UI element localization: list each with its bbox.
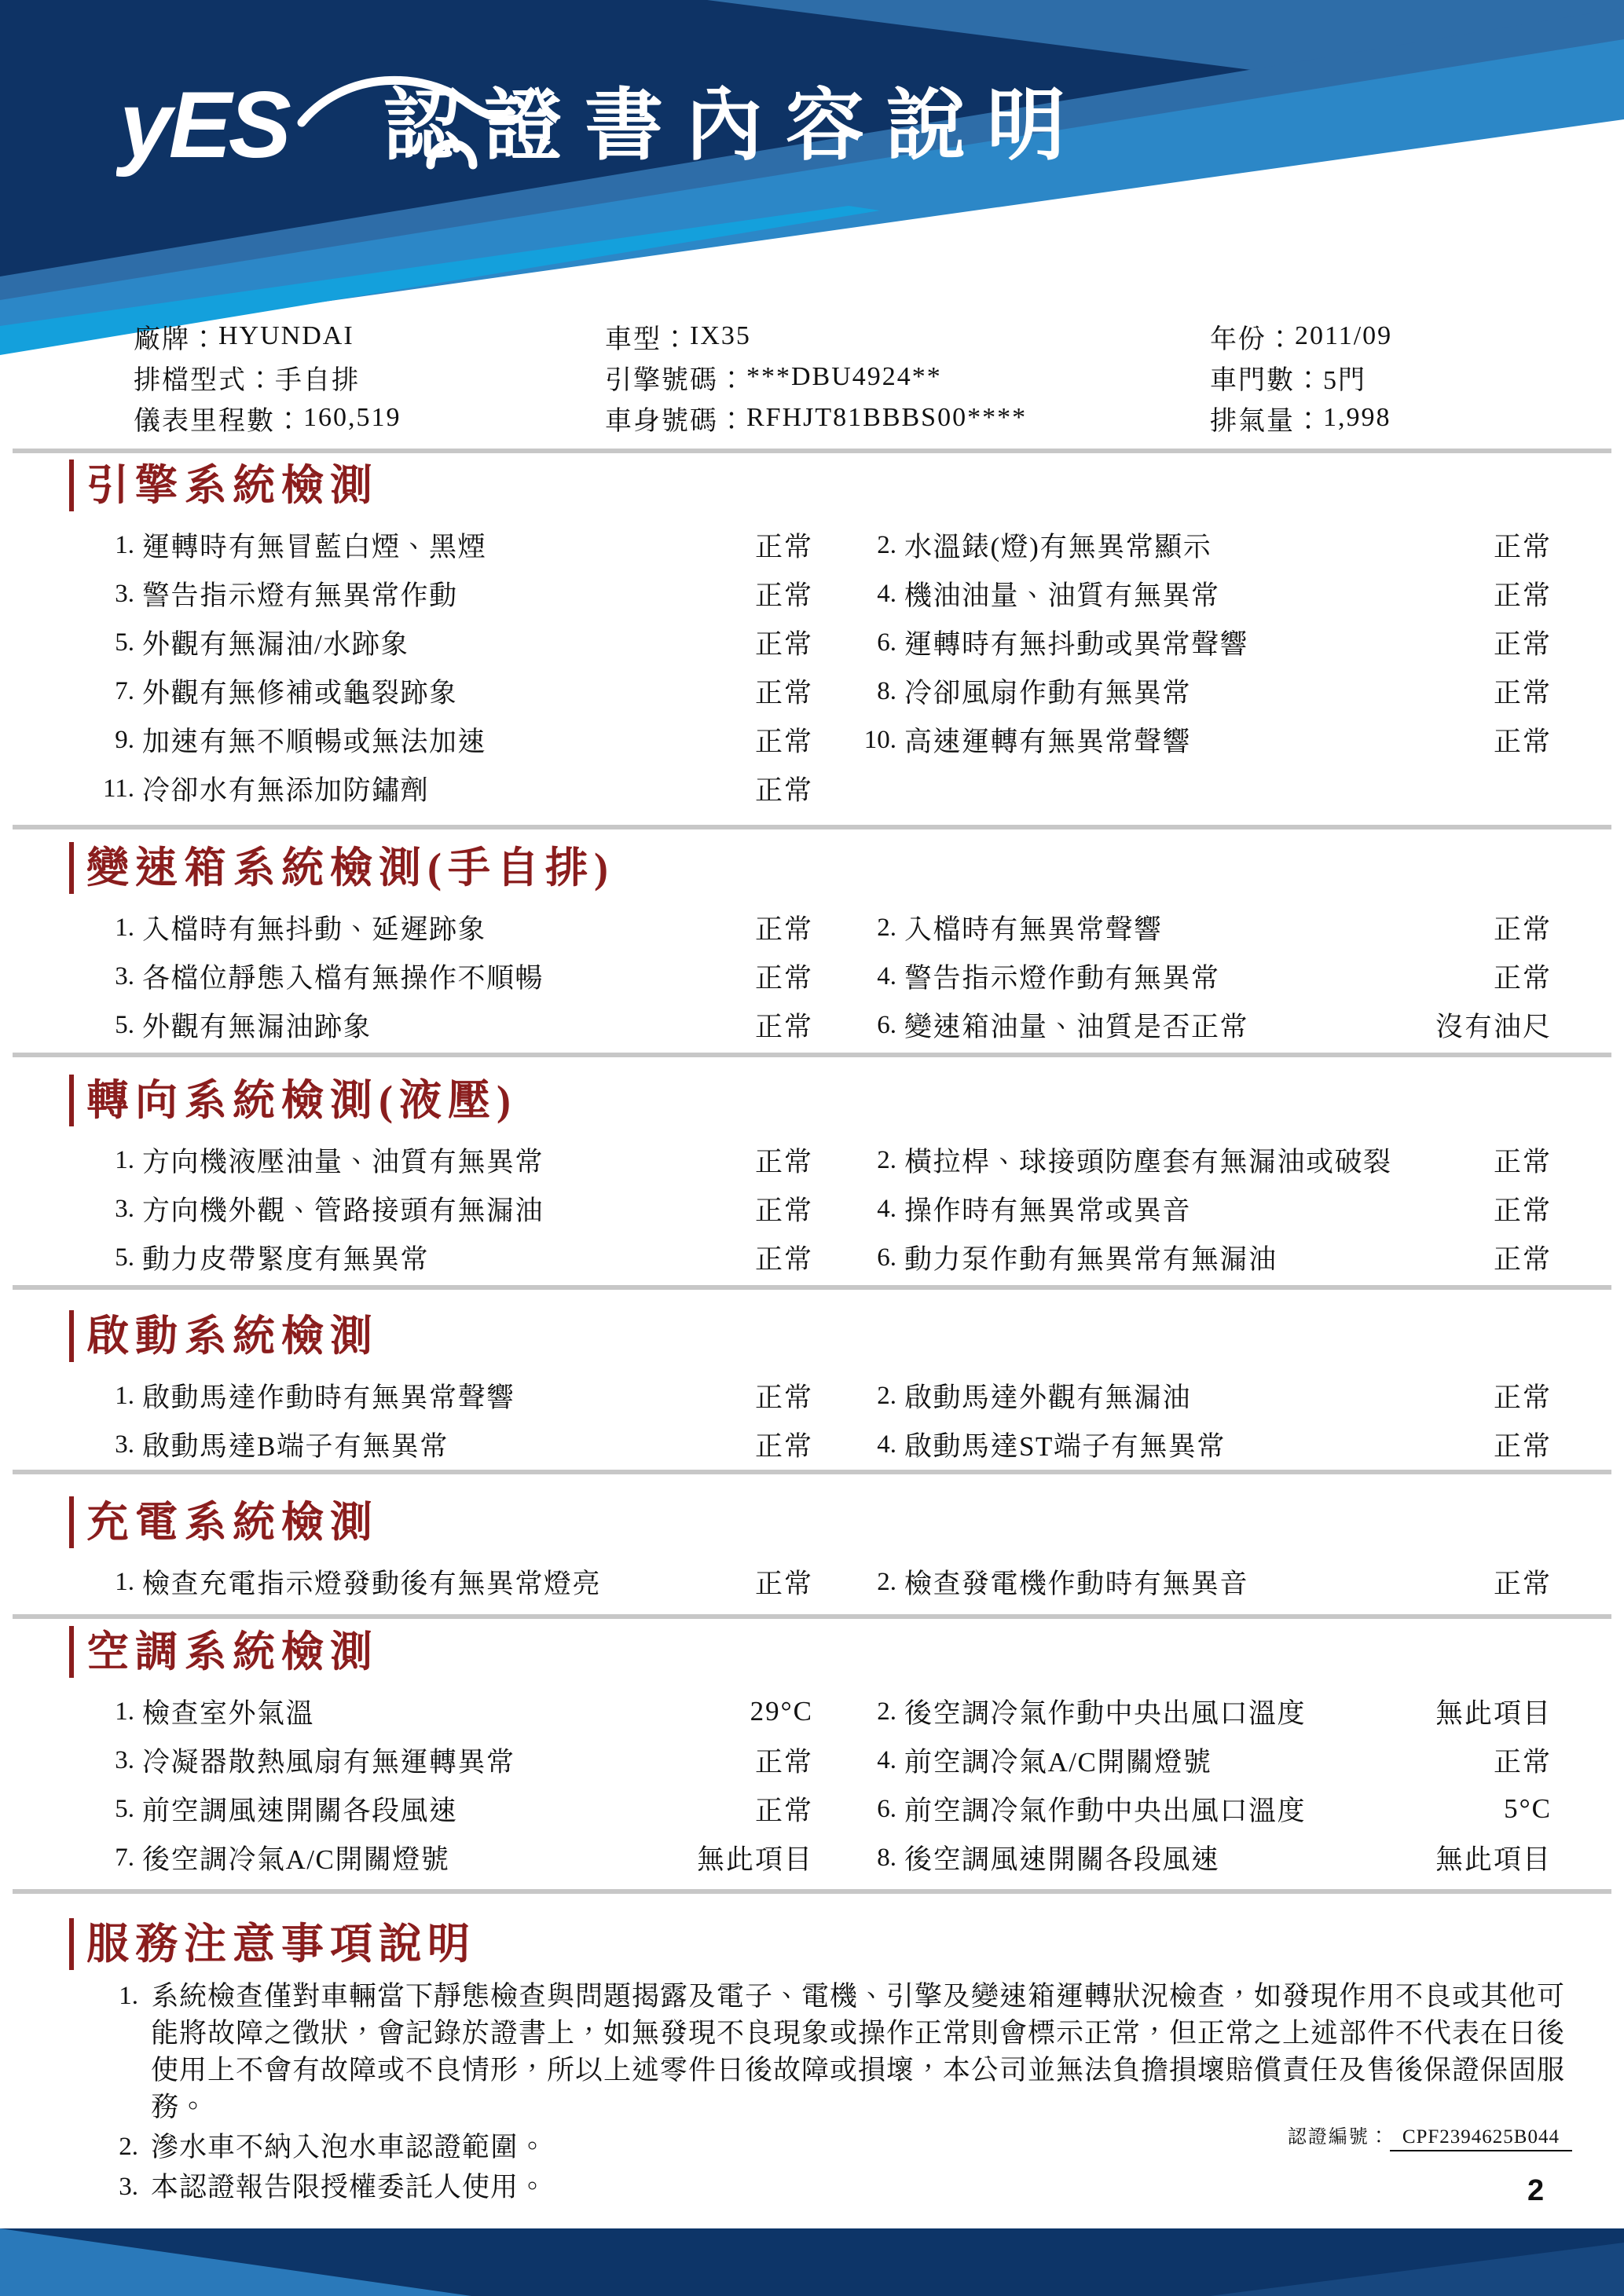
inspection-item: 5.外觀有無漏油跡象正常 [90,1001,813,1049]
item-status: 正常 [755,1425,813,1464]
inspection-item: 3.方向機外觀、管路接頭有無漏油正常 [90,1185,813,1233]
info-label: 車身號碼： [605,399,746,438]
section-title: 服務注意事項說明 [69,1918,476,1970]
item-text: 檢查充電指示燈發動後有無異常燈亮 [142,1562,601,1602]
page-number: 2 [1527,2174,1544,2208]
item-number: 4. [852,580,896,609]
inspection-item: 6.動力泵作動有無異常有無漏油正常 [852,1233,1552,1282]
section-title: 轉向系統檢測(液壓) [69,1075,517,1126]
section-title: 空調系統檢測 [69,1626,379,1678]
certificate-page: yES 認證書內容說明 廠牌：HYUNDAI 排檔型式：手自排 儀表里程數：16… [0,0,1624,2296]
item-status: 正常 [755,769,813,808]
item-status: 正常 [755,1741,813,1780]
inspection-item: 4.機油油量、油質有無異常正常 [852,569,1552,618]
info-row-gearbox-type: 排檔型式：手自排 [134,357,605,397]
note-text: 本認證報告限授權委託人使用。 [151,2169,547,2206]
inspection-item: 7.後空調冷氣A/C開關燈號無此項目 [90,1833,813,1882]
info-row-doors: 車門數：5門 [1210,357,1624,397]
inspection-item: 5.外觀有無漏油/水跡象正常 [90,618,813,667]
item-text: 啟動馬達B端子有無異常 [142,1425,449,1464]
item-status: 正常 [1494,1741,1552,1780]
header-banner: yES 認證書內容說明 [0,0,1624,357]
inspection-item: 2.檢查發電機作動時有無異音正常 [852,1558,1552,1606]
item-text: 動力泵作動有無異常有無漏油 [904,1238,1278,1277]
divider [13,1889,1611,1894]
item-status: 正常 [1494,623,1552,662]
inspection-item: 3.冷凝器散熱風扇有無運轉異常正常 [90,1736,813,1785]
item-status: 正常 [1494,1141,1552,1180]
inspection-item: 6.變速箱油量、油質是否正常沒有油尺 [852,1001,1552,1049]
section-service-notes: 服務注意事項說明 1.系統檢查僅對車輛當下靜態檢查與問題揭露及電子、電機、引擎及… [0,1918,1624,2206]
item-text: 入檔時有無異常聲響 [904,908,1163,947]
info-value: 5門 [1323,358,1366,397]
info-label: 車型： [605,317,690,356]
item-status: 正常 [755,957,813,996]
item-number: 9. [90,726,134,755]
item-number: 8. [852,677,896,706]
item-status: 29°C [750,1696,813,1727]
inspection-item: 4.啟動馬達ST端子有無異常正常 [852,1420,1552,1469]
item-status: 沒有油尺 [1435,1005,1552,1045]
info-row-model: 車型：IX35 [605,316,1210,357]
section-title: 充電系統檢測 [69,1496,379,1548]
inspection-item: 11.冷卻水有無添加防鏽劑正常 [90,764,813,813]
item-text: 冷卻風扇作動有無異常 [904,672,1191,711]
item-number: 2. [852,914,896,943]
item-text: 檢查室外氣溫 [142,1692,314,1731]
item-status: 無此項目 [1435,1838,1552,1877]
item-number: 1. [90,914,134,943]
info-label: 排檔型式： [134,358,275,397]
item-status: 正常 [755,720,813,760]
item-text: 前空調風速開關各段風速 [142,1789,458,1829]
item-number: 3. [90,1195,134,1224]
item-status: 正常 [1494,957,1552,996]
item-text: 啟動馬達外觀有無漏油 [904,1376,1191,1415]
inspection-item: 4.警告指示燈作動有無異常正常 [852,952,1552,1001]
item-number: 5. [90,1243,134,1273]
info-row-vin: 車身號碼：RFHJT81BBBS00**** [605,397,1210,438]
item-text: 後空調冷氣A/C開關燈號 [142,1838,449,1877]
divider [13,449,1611,453]
info-value: 1,998 [1323,403,1391,433]
info-value: RFHJT81BBBS00**** [746,403,1027,433]
item-number: 7. [90,1844,134,1873]
item-status: 無此項目 [1435,1692,1552,1731]
certificate-number-label: 認證編號： [1288,2127,1390,2148]
info-row-brand: 廠牌：HYUNDAI [134,316,605,357]
inspection-item: 1.入檔時有無抖動、延遲跡象正常 [90,903,813,952]
item-text: 檢查發電機作動時有無異音 [904,1562,1248,1602]
item-number: 6. [852,1243,896,1273]
inspection-item: 8.後空調風速開關各段風速無此項目 [852,1833,1552,1882]
inspection-item: 5.動力皮帶緊度有無異常正常 [90,1233,813,1282]
section-items: 1.入檔時有無抖動、延遲跡象正常 2.入檔時有無異常聲響正常 3.各檔位靜態入檔… [0,903,1624,1049]
item-text: 變速箱油量、油質是否正常 [904,1005,1248,1045]
item-status: 正常 [755,672,813,711]
certificate-number: 認證編號：CPF2394625B044 [1288,2121,1572,2148]
item-text: 橫拉桿、球接頭防塵套有無漏油或破裂 [904,1141,1392,1180]
section-title: 啟動系統檢測 [69,1310,379,1362]
item-number: 5. [90,1011,134,1040]
item-text: 操作時有無異常或異音 [904,1189,1191,1229]
item-text: 外觀有無修補或龜裂跡象 [142,672,458,711]
item-number: 4. [852,1430,896,1459]
item-number: 1. [90,1146,134,1175]
item-status: 正常 [1494,908,1552,947]
note-number: 1. [99,1978,138,2126]
item-text: 運轉時有無冒藍白煙、黑煙 [142,525,486,565]
item-text: 入檔時有無抖動、延遲跡象 [142,908,486,947]
item-text: 外觀有無漏油/水跡象 [142,623,409,662]
item-text: 後空調冷氣作動中央出風口溫度 [904,1692,1306,1731]
item-number: 3. [90,1746,134,1775]
item-number: 2. [852,1146,896,1175]
inspection-item: 2.入檔時有無異常聲響正常 [852,903,1552,952]
inspection-item: 3.啟動馬達B端子有無異常正常 [90,1420,813,1469]
inspection-item: 5.前空調風速開關各段風速正常 [90,1785,813,1833]
section-transmission: 變速箱系統檢測(手自排) 1.入檔時有無抖動、延遲跡象正常 2.入檔時有無異常聲… [0,842,1624,1049]
inspection-item: 2.啟動馬達外觀有無漏油正常 [852,1371,1552,1420]
note-number: 2. [99,2129,138,2166]
inspection-item: 8.冷卻風扇作動有無異常正常 [852,667,1552,716]
section-items: 1.檢查充電指示燈發動後有無異常燈亮正常 2.檢查發電機作動時有無異音正常 [0,1558,1624,1606]
vehicle-info-col2: 車型：IX35 引擎號碼：***DBU4924** 車身號碼：RFHJT81BB… [605,316,1210,438]
item-number: 3. [90,962,134,991]
item-status: 正常 [1494,1376,1552,1415]
item-number: 4. [852,962,896,991]
item-number: 7. [90,677,134,706]
divider [13,1470,1611,1474]
item-status: 正常 [1494,1189,1552,1229]
inspection-item: 6.前空調冷氣作動中央出風口溫度5°C [852,1785,1552,1833]
item-text: 各檔位靜態入檔有無操作不順暢 [142,957,544,996]
section-items: 1.運轉時有無冒藍白煙、黑煙正常 2.水溫錶(燈)有無異常顯示正常 3.警告指示… [0,521,1624,813]
item-text: 冷卻水有無添加防鏽劑 [142,769,429,808]
item-number: 10. [852,726,896,755]
item-status: 正常 [1494,720,1552,760]
item-text: 高速運轉有無異常聲響 [904,720,1191,760]
divider [13,825,1611,829]
item-status: 正常 [1494,1238,1552,1277]
item-number: 3. [90,1430,134,1459]
info-label: 排氣量： [1210,399,1323,438]
section-starter: 啟動系統檢測 1.啟動馬達作動時有無異常聲響正常 2.啟動馬達外觀有無漏油正常 … [0,1310,1624,1469]
inspection-item: 9.加速有無不順暢或無法加速正常 [90,716,813,764]
inspection-item: 1.檢查充電指示燈發動後有無異常燈亮正常 [90,1558,813,1606]
inspection-item: 1.方向機液壓油量、油質有無異常正常 [90,1136,813,1185]
divider [13,1053,1611,1057]
vehicle-info: 廠牌：HYUNDAI 排檔型式：手自排 儀表里程數：160,519 車型：IX3… [0,316,1624,438]
inspection-item: 3.各檔位靜態入檔有無操作不順暢正常 [90,952,813,1001]
inspection-item: 3.警告指示燈有無異常作動正常 [90,569,813,618]
item-text: 前空調冷氣作動中央出風口溫度 [904,1789,1306,1829]
info-label: 車門數： [1210,358,1323,397]
item-number: 5. [90,628,134,657]
item-text: 警告指示燈作動有無異常 [904,957,1220,996]
section-steering: 轉向系統檢測(液壓) 1.方向機液壓油量、油質有無異常正常 2.橫拉桿、球接頭防… [0,1075,1624,1282]
item-number: 1. [90,1382,134,1411]
item-text: 機油油量、油質有無異常 [904,574,1220,613]
note-item: 1.系統檢查僅對車輛當下靜態檢查與問題揭露及電子、電機、引擎及變速箱運轉狀況檢查… [0,1978,1624,2126]
item-number: 4. [852,1746,896,1775]
info-row-engine-no: 引擎號碼：***DBU4924** [605,357,1210,397]
item-status: 正常 [1494,574,1552,613]
logo-text: yES [116,72,291,178]
inspection-item: 10.高速運轉有無異常聲響正常 [852,716,1552,764]
divider [13,1614,1611,1619]
item-status: 正常 [1494,1562,1552,1602]
item-number: 4. [852,1195,896,1224]
section-title: 引擎系統檢測 [69,460,379,511]
item-text: 加速有無不順暢或無法加速 [142,720,486,760]
item-number: 8. [852,1844,896,1873]
item-text: 動力皮帶緊度有無異常 [142,1238,429,1277]
section-charging: 充電系統檢測 1.檢查充電指示燈發動後有無異常燈亮正常 2.檢查發電機作動時有無… [0,1496,1624,1606]
info-label: 儀表里程數： [134,399,303,438]
section-items: 1.啟動馬達作動時有無異常聲響正常 2.啟動馬達外觀有無漏油正常 3.啟動馬達B… [0,1371,1624,1469]
info-row-displacement: 排氣量：1,998 [1210,397,1624,438]
info-label: 引擎號碼： [605,358,746,397]
info-value: 手自排 [275,358,360,397]
item-status: 正常 [755,1189,813,1229]
vehicle-info-col3: 年份：2011/09 車門數：5門 排氣量：1,998 [1210,316,1624,438]
inspection-item: 6.運轉時有無抖動或異常聲響正常 [852,618,1552,667]
item-status: 無此項目 [697,1838,813,1877]
item-text: 冷凝器散熱風扇有無運轉異常 [142,1741,515,1780]
item-number: 1. [90,531,134,560]
item-text: 外觀有無漏油跡象 [142,1005,372,1045]
footer-banner [0,2228,1624,2296]
item-status: 正常 [755,525,813,565]
inspection-item: 1.檢查室外氣溫29°C [90,1687,813,1736]
item-number: 5. [90,1795,134,1824]
item-status: 正常 [755,623,813,662]
item-number: 2. [852,1568,896,1597]
inspection-item: 2.水溫錶(燈)有無異常顯示正常 [852,521,1552,569]
item-text: 警告指示燈有無異常作動 [142,574,458,613]
item-number: 1. [90,1568,134,1597]
info-label: 廠牌： [134,317,218,356]
inspection-item: 4.前空調冷氣A/C開關燈號正常 [852,1736,1552,1785]
item-status: 正常 [755,1141,813,1180]
note-text: 滲水車不納入泡水車認證範圍。 [151,2129,547,2166]
inspection-item: 4.操作時有無異常或異音正常 [852,1185,1552,1233]
item-status: 正常 [755,1238,813,1277]
inspection-item: 2.後空調冷氣作動中央出風口溫度無此項目 [852,1687,1552,1736]
info-value: 160,519 [303,403,401,433]
item-text: 啟動馬達作動時有無異常聲響 [142,1376,515,1415]
page-title: 認證書內容說明 [383,79,1087,173]
footer-graphic [0,2228,1624,2296]
section-engine: 引擎系統檢測 1.運轉時有無冒藍白煙、黑煙正常 2.水溫錶(燈)有無異常顯示正常… [0,460,1624,813]
notes-list: 1.系統檢查僅對車輛當下靜態檢查與問題揭露及電子、電機、引擎及變速箱運轉狀況檢查… [0,1978,1624,2206]
item-text: 方向機外觀、管路接頭有無漏油 [142,1189,544,1229]
vehicle-info-col1: 廠牌：HYUNDAI 排檔型式：手自排 儀表里程數：160,519 [134,316,605,438]
item-number: 2. [852,1697,896,1727]
inspection-item: 1.啟動馬達作動時有無異常聲響正常 [90,1371,813,1420]
inspection-item: 1.運轉時有無冒藍白煙、黑煙正常 [90,521,813,569]
item-number: 6. [852,1011,896,1040]
item-text: 方向機液壓油量、油質有無異常 [142,1141,544,1180]
item-number: 6. [852,628,896,657]
item-status: 5°C [1504,1793,1552,1825]
info-value: ***DBU4924** [746,362,942,392]
item-text: 運轉時有無抖動或異常聲響 [904,623,1248,662]
item-text: 啟動馬達ST端子有無異常 [904,1425,1226,1464]
item-status: 正常 [1494,1425,1552,1464]
section-air-conditioning: 空調系統檢測 1.檢查室外氣溫29°C 2.後空調冷氣作動中央出風口溫度無此項目… [0,1626,1624,1882]
item-status: 正常 [755,1376,813,1415]
item-number: 1. [90,1697,134,1727]
info-value: 2011/09 [1295,321,1392,351]
item-text: 水溫錶(燈)有無異常顯示 [904,525,1212,565]
item-status: 正常 [1494,525,1552,565]
item-text: 前空調冷氣A/C開關燈號 [904,1741,1212,1780]
item-status: 正常 [1494,672,1552,711]
item-number: 2. [852,531,896,560]
divider [13,1285,1611,1290]
section-title: 變速箱系統檢測(手自排) [69,842,614,894]
item-status: 正常 [755,1789,813,1829]
item-text: 後空調風速開關各段風速 [904,1838,1220,1877]
item-number: 2. [852,1382,896,1411]
inspection-item: 2.橫拉桿、球接頭防塵套有無漏油或破裂正常 [852,1136,1552,1185]
info-row-mileage: 儀表里程數：160,519 [134,397,605,438]
info-row-year: 年份：2011/09 [1210,316,1624,357]
item-number: 11. [90,774,134,804]
note-item: 3.本認證報告限授權委託人使用。 [0,2169,1624,2206]
item-number: 3. [90,580,134,609]
certificate-number-value: CPF2394625B044 [1390,2126,1572,2151]
item-status: 正常 [755,574,813,613]
note-text: 系統檢查僅對車輛當下靜態檢查與問題揭露及電子、電機、引擎及變速箱運轉狀況檢查，如… [151,1978,1573,2126]
item-status: 正常 [755,908,813,947]
info-label: 年份： [1210,317,1295,356]
note-number: 3. [99,2169,138,2206]
info-value: IX35 [690,321,751,351]
item-status: 正常 [755,1005,813,1045]
inspection-item: 7.外觀有無修補或龜裂跡象正常 [90,667,813,716]
section-items: 1.檢查室外氣溫29°C 2.後空調冷氣作動中央出風口溫度無此項目 3.冷凝器散… [0,1687,1624,1882]
item-status: 正常 [755,1562,813,1602]
item-number: 6. [852,1795,896,1824]
info-value: HYUNDAI [218,321,354,351]
section-items: 1.方向機液壓油量、油質有無異常正常 2.橫拉桿、球接頭防塵套有無漏油或破裂正常… [0,1136,1624,1282]
